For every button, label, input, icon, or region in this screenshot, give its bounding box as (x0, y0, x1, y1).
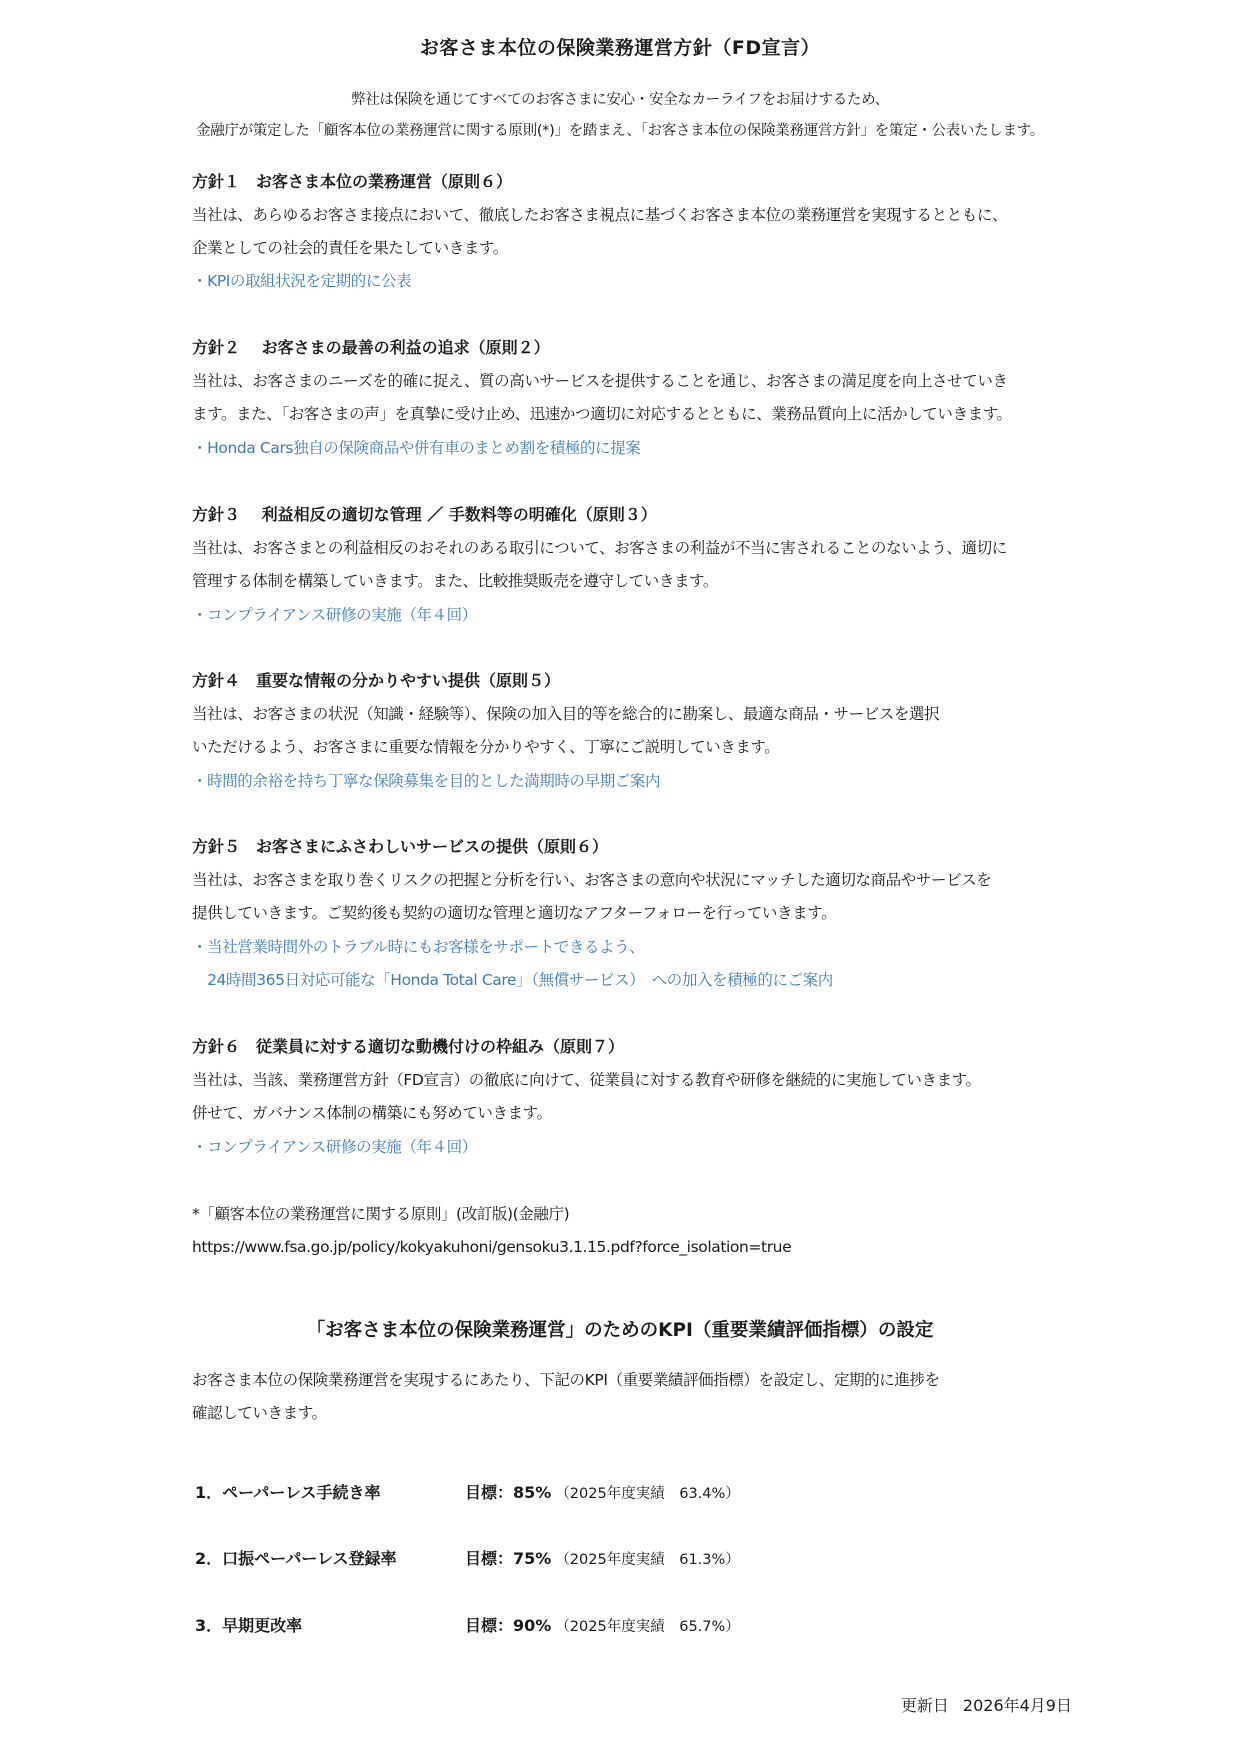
policy-heading: 方針６ 従業員に対する適切な動機付けの枠組み（原則７） (192, 1037, 624, 1057)
updated-label: 更新日 (901, 1696, 949, 1715)
updated-date: 更新日2026年4月9日 (901, 1693, 1072, 1716)
policy-body: 当社は、お客さまの状況（知識・経験等）、保険の加入目的等を総合的に勘案し、最適な… (192, 704, 939, 724)
kpi-target-value: 目標：75% (465, 1549, 551, 1568)
policy-body: いただけるよう、お客さまに重要な情報を分かりやすく、丁寧にご説明していきます。 (192, 737, 779, 757)
policy-body: 当社は、お客さまを取り巻くリスクの把握と分析を行い、お客さまの意向や状況にマッチ… (192, 870, 991, 890)
policy-action: ・時間的余裕を持ち丁寧な保険募集を目的とした満期時の早期ご案内 (192, 771, 660, 791)
kpi-target-value: 目標：85% (465, 1483, 551, 1502)
policy-action: ・コンプライアンス研修の実施（年４回） (192, 605, 477, 625)
footnote-label: *「顧客本位の業務運営に関する原則」(改訂版)(金融庁) (192, 1204, 569, 1224)
policy-body: 企業としての社会的責任を果たしていきます。 (192, 238, 508, 258)
policy-body: 提供していきます。ご契約後も契約の適切な管理と適切なアフターフォローを行っていき… (192, 903, 836, 923)
page-title: お客さま本位の保険業務運営方針（FD宣言） (0, 33, 1240, 60)
kpi-intro: 確認していきます。 (192, 1403, 327, 1423)
kpi-name: 2．口振ペーパーレス登録率 (195, 1546, 397, 1569)
kpi-actual: （2025年度実績 61.3%） (555, 1552, 739, 1568)
footnote-url[interactable]: https://www.fsa.go.jp/policy/kokyakuhoni… (192, 1237, 791, 1257)
policy-heading: 方針４ 重要な情報の分かりやすい提供（原則５） (192, 671, 560, 691)
kpi-name: 3．早期更改率 (195, 1613, 302, 1636)
policy-action: ・Honda Cars独自の保険商品や併有車のまとめ割を積極的に提案 (192, 438, 640, 458)
kpi-actual: （2025年度実績 65.7%） (555, 1619, 739, 1635)
policy-body: 当社は、当該、業務運営方針（FD宣言）の徹底に向けて、従業員に対する教育や研修を… (192, 1070, 981, 1090)
intro-line-2: 金融庁が策定した「顧客本位の業務運営に関する原則(*)」を踏まえ、「お客さま本位… (0, 119, 1240, 140)
policy-action: ・当社営業時間外のトラブル時にもお客様をサポートできるよう、 (192, 937, 644, 957)
policy-action: 24時間365日対応可能な「Honda Total Care」（無償サービス） … (192, 970, 833, 990)
kpi-intro: お客さま本位の保険業務運営を実現するにあたり、下記のKPI（重要業績評価指標）を… (192, 1370, 940, 1390)
kpi-target-value: 目標：90% (465, 1616, 551, 1635)
policy-heading: 方針１ お客さま本位の業務運営（原則６） (192, 172, 512, 192)
policy-body: 併せて、ガバナンス体制の構築にも努めていきます。 (192, 1103, 552, 1123)
policy-body: ます。また、「お客さまの声」を真摯に受け止め、迅速かつ適切に対応するとともに、業… (192, 404, 1012, 424)
intro-line-1: 弊社は保険を通じてすべてのお客さまに安心・安全なカーライフをお届けするため、 (0, 88, 1240, 109)
kpi-actual: （2025年度実績 63.4%） (555, 1486, 739, 1502)
policy-heading: 方針２ お客さまの最善の利益の追求（原則２） (192, 338, 550, 358)
policy-action: ・コンプライアンス研修の実施（年４回） (192, 1137, 477, 1157)
policy-body: 管理する体制を構築していきます。また、比較推奨販売を遵守していきます。 (192, 571, 718, 591)
kpi-target: 目標：90%（2025年度実績 65.7%） (465, 1613, 740, 1636)
kpi-name: 1．ペーパーレス手続き率 (195, 1480, 381, 1503)
updated-value: 2026年4月9日 (963, 1696, 1072, 1715)
kpi-section-title: 「お客さま本位の保険業務運営」のためのKPI（重要業績評価指標）の設定 (0, 1316, 1240, 1342)
policy-action: ・KPIの取組状況を定期的に公表 (192, 271, 411, 291)
policy-heading: 方針５ お客さまにふさわしいサービスの提供（原則６） (192, 837, 608, 857)
kpi-target: 目標：85%（2025年度実績 63.4%） (465, 1480, 740, 1503)
policy-body: 当社は、お客さまのニーズを的確に捉え、質の高いサービスを提供することを通じ、お客… (192, 371, 1008, 391)
policy-body: 当社は、お客さまとの利益相反のおそれのある取引について、お客さまの利益が不当に害… (192, 538, 1007, 558)
policy-body: 当社は、あらゆるお客さま接点において、徹底したお客さま視点に基づくお客さま本位の… (192, 205, 1007, 225)
policy-heading: 方針３ 利益相反の適切な管理 ／ 手数料等の明確化（原則３） (192, 505, 657, 525)
kpi-target: 目標：75%（2025年度実績 61.3%） (465, 1546, 740, 1569)
